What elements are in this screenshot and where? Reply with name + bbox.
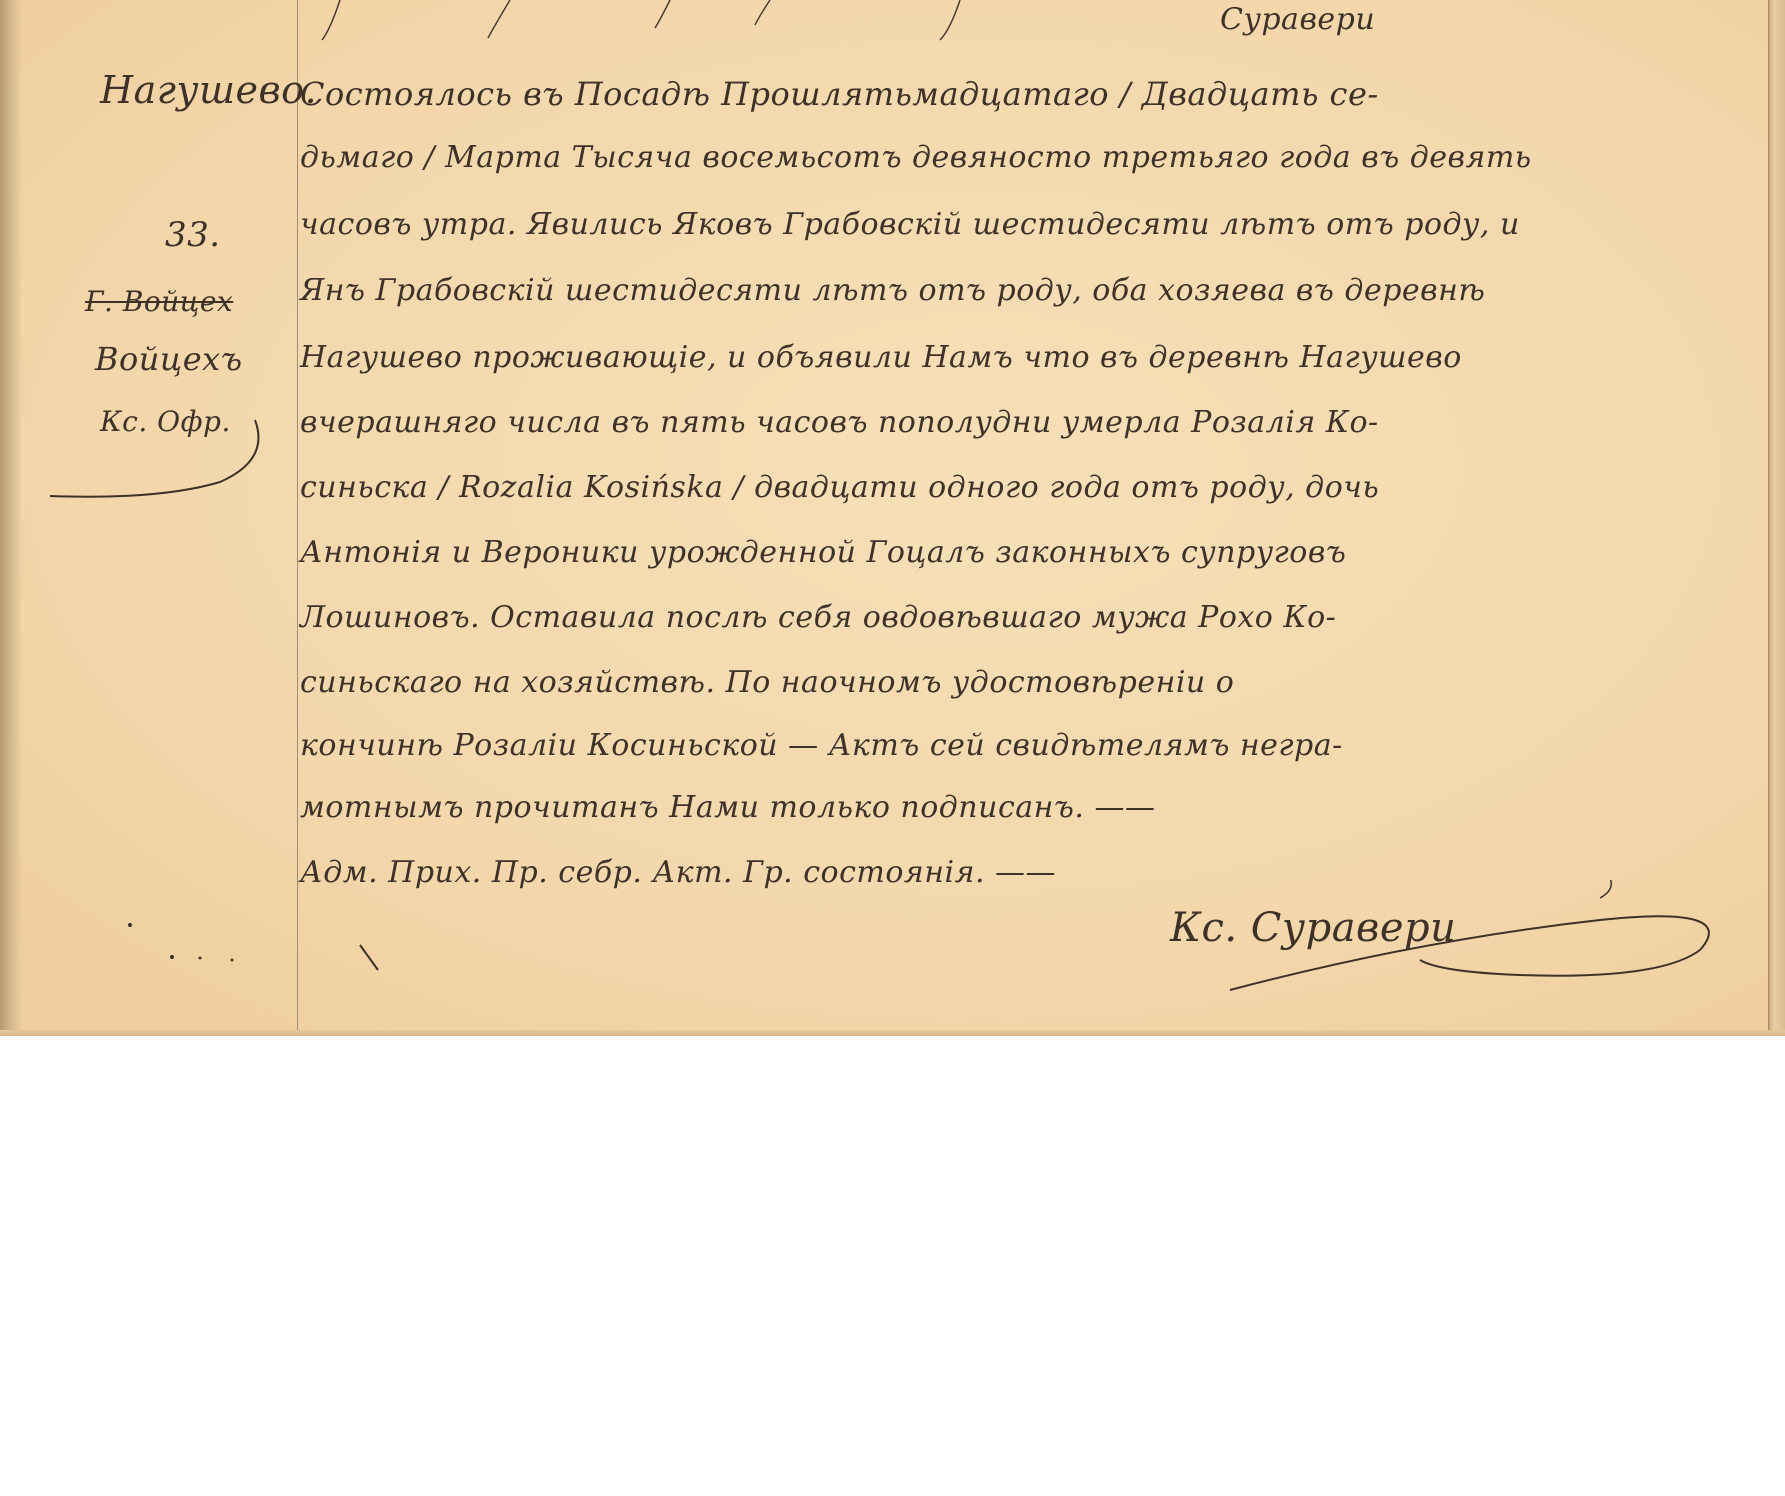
body-line-13: Адм. Прих. Пр. себр. Акт. Гр. состоянія.… bbox=[300, 855, 1056, 890]
margin-record-number: 33. bbox=[165, 215, 221, 255]
blank-area-below-scan bbox=[0, 1036, 1785, 1496]
body-line-1: Состоялось въ Посадѣ Прошлятьмадцатаго /… bbox=[300, 75, 1379, 113]
body-line-12: мотнымъ прочитанъ Нами только подписанъ.… bbox=[300, 790, 1155, 825]
body-line-4: Янъ Грабовскій шестидесяти лѣтъ отъ роду… bbox=[300, 273, 1485, 308]
margin-flourish bbox=[40, 400, 280, 510]
ink-specks bbox=[120, 920, 380, 1010]
body-line-11: кончинѣ Розаліи Косиньской — Актъ сей св… bbox=[300, 728, 1343, 763]
previous-line-descenders bbox=[300, 0, 1100, 45]
margin-place-name: Нагушево. bbox=[100, 68, 317, 112]
margin-note-struck: Г. Войцех bbox=[85, 285, 233, 318]
top-fragment-signature: Суравери bbox=[1220, 2, 1375, 37]
body-line-7: синьска / Rozalia Kosińska / двадцати од… bbox=[300, 470, 1379, 505]
body-line-3: часовъ утра. Явились Яковъ Грабовскій ше… bbox=[300, 207, 1520, 242]
scanned-document-page: Суравери Нагушево. 33. Г. Войцех Войцехъ… bbox=[0, 0, 1785, 1036]
margin-note-line-1: Войцехъ bbox=[95, 340, 243, 378]
body-line-10: синьскаго на хозяйствѣ. По наочномъ удос… bbox=[300, 665, 1234, 700]
body-line-2: дьмаго / Марта Тысяча восемьсотъ девянос… bbox=[300, 140, 1532, 175]
binding-shadow bbox=[0, 0, 22, 1036]
signature-flourish bbox=[1220, 880, 1740, 1010]
margin-rule-line bbox=[297, 0, 298, 1036]
body-line-9: Лошиновъ. Оставила послѣ себя овдовѣвшаг… bbox=[300, 600, 1336, 635]
body-line-6: вчерашняго числа въ пять часовъ пополудн… bbox=[300, 405, 1379, 440]
body-line-8: Антонія и Вероники урожденной Гоцалъ зак… bbox=[300, 535, 1346, 570]
page-right-edge bbox=[1768, 0, 1785, 1036]
body-line-5: Нагушево проживающіе, и объявили Намъ чт… bbox=[300, 340, 1462, 375]
